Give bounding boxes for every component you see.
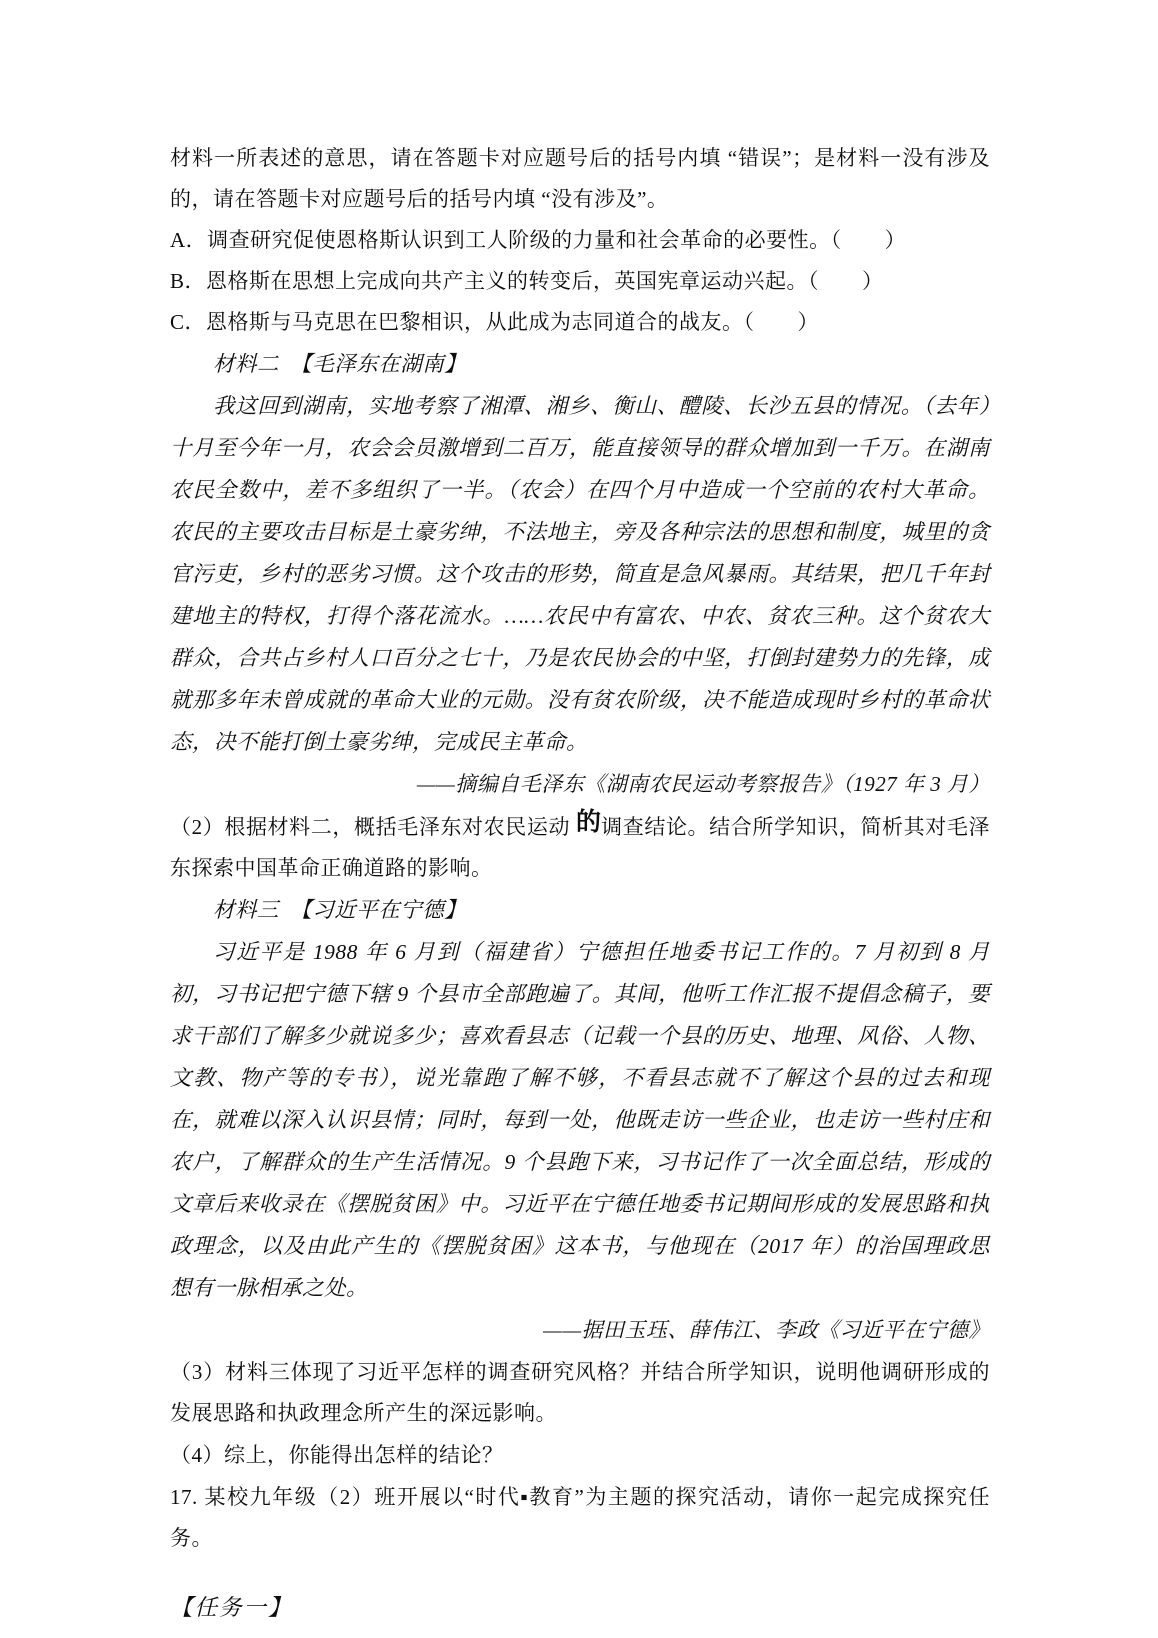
question-4: （4）综上，你能得出怎样的结论？ [170, 1435, 990, 1476]
option-c: C．恩格斯与马克思在巴黎相识，从此成为志同道合的战友。（ ） [170, 302, 990, 343]
material-2-heading: 材料二 【毛泽东在湖南】 [170, 343, 990, 385]
question-3: （3）材料三体现了习近平怎样的调查研究风格？并结合所学知识，说明他调研形成的发展… [170, 1352, 990, 1434]
question-17: 17. 某校九年级（2）班开展以“时代▪教育”为主题的探究活动，请你一起完成探究… [170, 1477, 990, 1559]
material-2-paragraph: 我这回到湖南，实地考察了湘潭、湘乡、衡山、醴陵、长沙五县的情况。（去年）十月至今… [170, 385, 990, 763]
task-1-heading: 【任务一】 [170, 1587, 990, 1629]
material-3-citation: ——据田玉珏、薛伟江、李政《习近平在宁德》 [170, 1309, 990, 1351]
material-3-paragraph: 习近平是 1988 年 6 月到（福建省）宁德担任地委书记工作的。7 月初到 8… [170, 931, 990, 1309]
option-a: A．调查研究促使恩格斯认识到工人阶级的力量和社会革命的必要性。（ ） [170, 220, 990, 261]
option-b: B．恩格斯在思想上完成向共产主义的转变后，英国宪章运动兴起。（ ） [170, 261, 990, 302]
question-2-emphasis: 的 [576, 809, 601, 836]
material-2-citation: ——摘编自毛泽东《湖南农民运动考察报告》（1927 年 3 月） [170, 763, 990, 805]
question-2: （2）根据材料二，概括毛泽东对农民运动 的调查结论。结合所学知识，简析其对毛泽东… [170, 806, 990, 889]
material-3-heading: 材料三 【习近平在宁德】 [170, 889, 990, 931]
exam-page: 材料一所表述的意思，请在答题卡对应题号后的括号内填 “错误”；是材料一没有涉及的… [0, 0, 1158, 1638]
intro-instructions: 材料一所表述的意思，请在答题卡对应题号后的括号内填 “错误”；是材料一没有涉及的… [170, 138, 990, 220]
question-2-prefix: （2）根据材料二，概括毛泽东对农民运动 [170, 815, 576, 839]
